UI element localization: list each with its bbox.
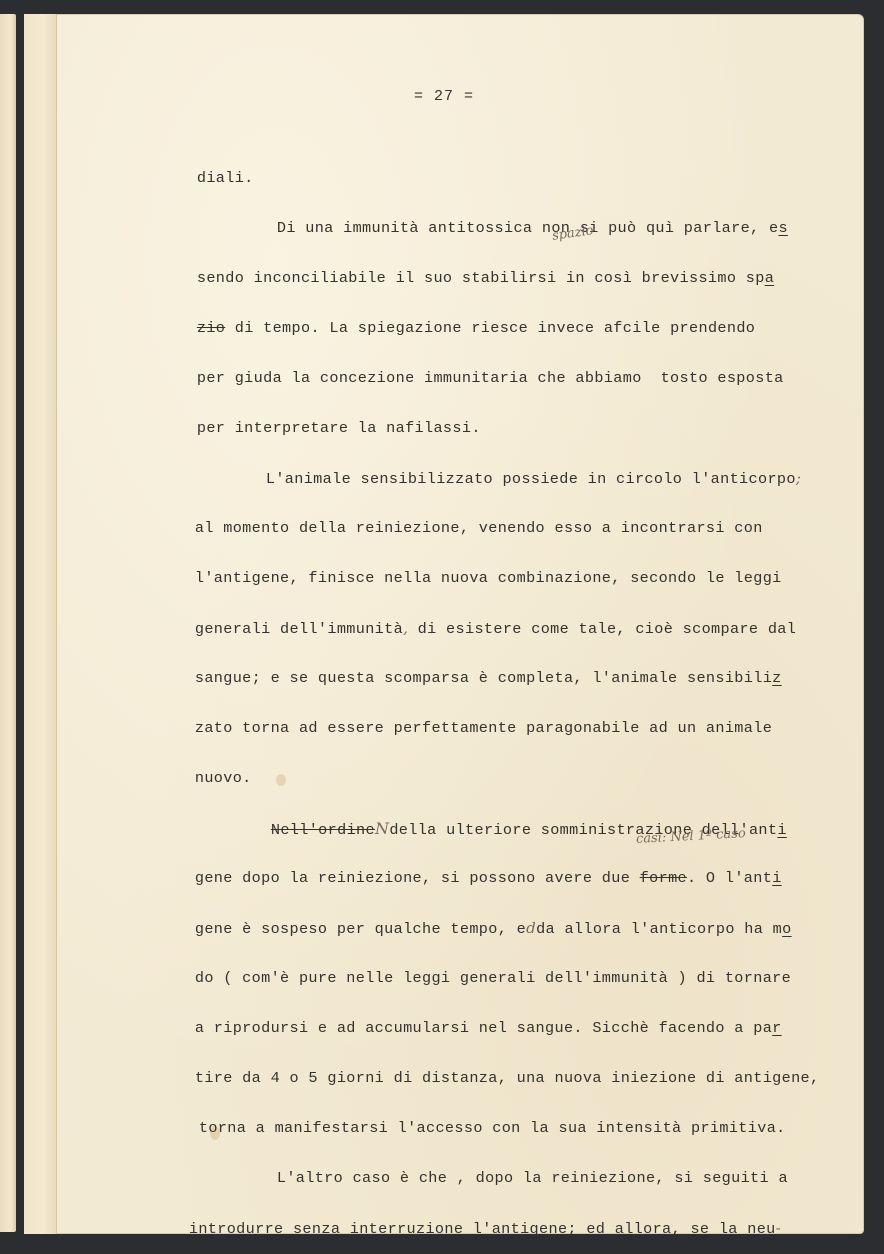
document-page: = 27 = diali. Di una immunità antitossic… (24, 14, 864, 1234)
text-line: Di una immunità antitossica non si può q… (239, 201, 788, 255)
text-line: sendo inconciliabile il suo stabilirsi i… (159, 251, 774, 305)
hyphenation-mark: o (782, 920, 791, 938)
text-line: diali. (159, 151, 254, 205)
line-text: torna a manifestarsi l'accesso con la su… (199, 1119, 786, 1137)
previous-page-edge (0, 14, 16, 1232)
line-text: sangue; e se questa scomparsa è completa… (195, 669, 772, 687)
line-text: sendo inconciliabile il suo stabilirsi i… (197, 269, 765, 287)
text-line: l'antigene, finisce nella nuova combinaz… (157, 551, 782, 605)
hyphenation-mark: r (772, 1019, 781, 1037)
struck-text: forme (640, 869, 687, 887)
text-line: al momento della reiniezione, venendo es… (157, 501, 763, 555)
text-line: do ( com'è pure nelle leggi generali del… (157, 951, 791, 1005)
hyphenation-mark: i (777, 821, 786, 839)
line-text: generali dell'immunità (195, 620, 403, 638)
text-line: per giuda la concezione immunitaria che … (159, 351, 784, 405)
line-text: zato torna ad essere perfettamente parag… (195, 719, 772, 737)
line-text: Di una immunità antitossica non si può q… (277, 219, 779, 237)
line-text: gene dopo la reiniezione, si possono ave… (195, 869, 640, 887)
paper-stain (276, 774, 286, 786)
hyphenation-mark: a (765, 269, 774, 287)
text-line: L'animale sensibilizzato possiede in cir… (228, 451, 801, 506)
line-text: al momento della reiniezione, venendo es… (195, 519, 763, 537)
text-line: nuovo. (157, 751, 252, 805)
line-text: da allora l'anticorpo ha m (536, 920, 782, 938)
line-text: di tempo. La spiegazione riesce invece a… (225, 319, 623, 337)
line-text: per interpretare la nafilassi. (197, 419, 481, 437)
handwritten-correction: d (526, 919, 536, 937)
line-text: gene è sospeso per qualche tempo, e (195, 920, 526, 938)
line-text: introdurre senza interruzione l'antigene… (189, 1220, 776, 1238)
text-line: torna a manifestarsi l'accesso con la su… (161, 1101, 786, 1155)
text-line: introdurre senza interruzione l'antigene… (151, 1201, 781, 1254)
text-line: gene è sospeso per qualche tempo, edda a… (157, 901, 792, 956)
line-text: di esistere come tale, cioè scompare dal (408, 620, 796, 638)
handwritten-hyphen: - (776, 1219, 781, 1237)
page-binding-margin (24, 14, 57, 1234)
handwritten-correction: N (375, 819, 389, 838)
line-text: L'altro caso è che , dopo la reiniezione… (277, 1169, 788, 1187)
text-line: tire da 4 o 5 giorni di distanza, una nu… (157, 1051, 819, 1105)
struck-text: zio (197, 319, 225, 337)
line-text: L'animale sensibilizzato possiede in cir… (266, 470, 796, 488)
text-line: sangue; e se questa scomparsa è completa… (157, 651, 782, 705)
line-text: per giuda la concezione immunitaria che … (197, 369, 784, 387)
line-text: l'antigene, finisce nella nuova combinaz… (195, 569, 782, 587)
line-text: nuovo. (195, 769, 252, 787)
line-text: diali. (197, 169, 254, 187)
text-line: L'altro caso è che , dopo la reiniezione… (239, 1151, 788, 1205)
handwritten-correction: ; (796, 469, 801, 487)
line-text: cile prendendo (623, 319, 756, 337)
text-line: zio di tempo. La spiegazione riesce inve… (159, 301, 755, 355)
page-number: = 27 = (24, 88, 864, 105)
struck-text: Nell'ordine (271, 821, 375, 839)
text-line: per interpretare la nafilassi. (159, 401, 481, 455)
hyphenation-mark: z (772, 669, 781, 687)
text-line: zato torna ad essere perfettamente parag… (157, 701, 772, 755)
line-text: do ( com'è pure nelle leggi generali del… (195, 969, 791, 987)
text-line: generali dell'immunità, di esistere come… (157, 601, 796, 656)
text-line: a riprodursi e ad accumularsi nel sangue… (157, 1001, 782, 1055)
line-text: . O l'ant (687, 869, 772, 887)
line-text: tire da 4 o 5 giorni di distanza, una nu… (195, 1069, 820, 1087)
text-line: gene dopo la reiniezione, si possono ave… (157, 851, 782, 905)
hyphenation-mark: s (778, 219, 787, 237)
hyphenation-mark: i (772, 869, 781, 887)
line-text: a riprodursi e ad accumularsi nel sangue… (195, 1019, 772, 1037)
